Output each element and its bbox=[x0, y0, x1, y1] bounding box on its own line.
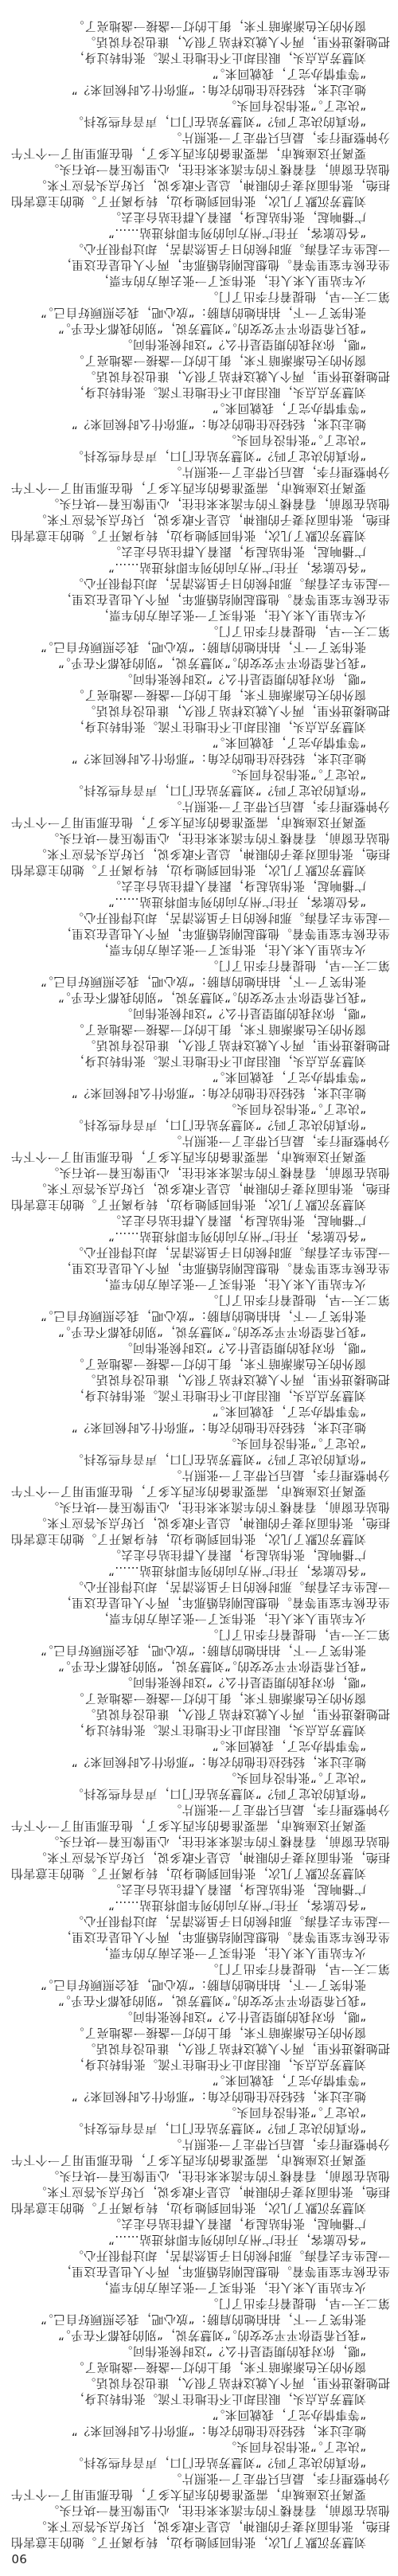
text-line: 他站在窗前，看着楼下的车流来来往往，心里像压着一块石头。 bbox=[11, 831, 390, 846]
text-line: 一起坐车去看海。那时候的日子虽然清苦，却过得很开心。 bbox=[11, 241, 390, 257]
text-line: 刘慧芳点点头，眼泪却止不住地往下流。张伟转过身， bbox=[11, 719, 390, 735]
text-line: 把她搂进怀里，两个人就这样站了很久，谁也没有说话。 bbox=[11, 1038, 390, 1053]
text-line: “各位旅客，开往广州方向的列车即将进站……” bbox=[11, 1229, 390, 1245]
text-line: 要离开这座城市，需要准备的东西太多了，他在那里用了一个下午 bbox=[11, 815, 390, 831]
text-line: “嗯，你对我的期望是什么？”这时候张伟问。 bbox=[11, 2343, 390, 2359]
text-line: 窗外的天色渐渐暗下来，街上的灯一盏接一盏地亮了。 bbox=[11, 2025, 390, 2041]
text-line: 要离开这座城市，需要准备的东西太多了，他在那里用了一个下午 bbox=[11, 1818, 390, 1834]
text-line: 广播响起，张伟站起身，跟着人群往站台走去。 bbox=[11, 1547, 390, 1563]
text-line: 第二天一早，他提着行李出了门。 bbox=[11, 2296, 390, 2312]
text-line: “嗯，你对我的期望是什么？”这时候张伟问。 bbox=[11, 1006, 390, 1022]
text-line: 第二天一早，他提着行李出了门。 bbox=[11, 289, 390, 305]
text-line: “嗯，你对我的期望是什么？”这时候张伟问。 bbox=[11, 671, 390, 687]
text-line: “决定了。”张伟没有回头。 bbox=[11, 98, 390, 114]
text-line: 刘慧芳点点头，眼泪却止不住地往下流。张伟转过身， bbox=[11, 385, 390, 401]
text-line: 她走过来，轻轻拉住他的衣角：“那你什么时候回来？” bbox=[11, 2423, 390, 2439]
text-line: 一起坐车去看海。那时候的日子虽然清苦，却过得很开心。 bbox=[11, 910, 390, 926]
text-line: 第二天一早，他提着行李出了门。 bbox=[11, 1627, 390, 1643]
text-line: 把她搂进怀里，两个人就这样站了很久，谁也没有说话。 bbox=[11, 1706, 390, 1722]
text-line: 广播响起，张伟站起身，跟着人群往站台走去。 bbox=[11, 544, 390, 560]
text-line: 要离开这座城市，需要准备的东西太多了，他在那里用了一个下午 bbox=[11, 2487, 390, 2503]
text-line: 刘慧芳点点头，眼泪却止不住地往下流。张伟转过身， bbox=[11, 50, 390, 66]
text-line: 分钟整理行李，最后只带走了一张照片。 bbox=[11, 1468, 390, 1483]
text-line: 窗外的天色渐渐暗下来，街上的灯一盏接一盏地亮了。 bbox=[11, 18, 390, 34]
text-line: 他站在窗前，看着楼下的车流来来往往，心里像压着一块石头。 bbox=[11, 496, 390, 512]
text-line: 坐在候车室里等着。他想起刚结婚那年，两个人也是在这里， bbox=[11, 926, 390, 942]
text-line: “等事情办完了，我就回来。” bbox=[11, 66, 390, 82]
text-line: “嗯，你对我的期望是什么？”这时候张伟问。 bbox=[11, 337, 390, 353]
text-line: 一起坐车去看海。那时候的日子虽然清苦，却过得很开心。 bbox=[11, 1579, 390, 1595]
text-line: “你真的决定了吗？”刘慧芳站在门口，声音有些发抖。 bbox=[11, 2455, 390, 2471]
text-line: 刘慧芳沉默了几次，张伟回到她身边，转身离开了。她的主意害怕被 bbox=[11, 193, 390, 209]
text-line: 广播响起，张伟站起身，跟着人群往站台走去。 bbox=[11, 209, 390, 225]
text-line: 坐在候车室里等着。他想起刚结婚那年，两个人也是在这里， bbox=[11, 2264, 390, 2280]
text-line: 他站在窗前，看着楼下的车流来来往往，心里像压着一块石头。 bbox=[11, 1499, 390, 1515]
text-line: 一起坐车去看海。那时候的日子虽然清苦，却过得很开心。 bbox=[11, 576, 390, 592]
text-line: 广播响起，张伟站起身，跟着人群往站台走去。 bbox=[11, 1882, 390, 1898]
text-line: “你真的决定了吗？”刘慧芳站在门口，声音有些发抖。 bbox=[11, 448, 390, 464]
text-line: 张伟笑了一下，拍拍她的肩膀：“放心吧，我会照顾好自己。” bbox=[11, 2312, 390, 2328]
text-line: “等事情办完了，我就回来。” bbox=[11, 1404, 390, 1420]
text-line: “决定了。”张伟没有回头。 bbox=[11, 1101, 390, 1117]
text-line: 火车站里人来人往，张伟买了一张去南方的车票， bbox=[11, 608, 390, 623]
text-line: 分钟整理行李，最后只带走了一张照片。 bbox=[11, 2136, 390, 2152]
text-line: “决定了。”张伟没有回头。 bbox=[11, 2105, 390, 2121]
text-line: 把她搂进怀里，两个人就这样站了很久，谁也没有说话。 bbox=[11, 703, 390, 719]
text-line: 把她搂进怀里，两个人就这样站了很久，谁也没有说话。 bbox=[11, 34, 390, 50]
text-line: “各位旅客，开往广州方向的列车即将进站……” bbox=[11, 1563, 390, 1579]
text-line: “各位旅客，开往广州方向的列车即将进站……” bbox=[11, 894, 390, 910]
text-line: “嗯，你对我的期望是什么？”这时候张伟问。 bbox=[11, 1340, 390, 1356]
text-line: 拒绝，张伟面对妻子的眼神，总是不敢多说，只好点头答应下来。 bbox=[11, 846, 390, 862]
text-line: “你真的决定了吗？”刘慧芳站在门口，声音有些发抖。 bbox=[11, 1786, 390, 1802]
text-line: “你真的决定了吗？”刘慧芳站在门口，声音有些发抖。 bbox=[11, 783, 390, 799]
text-line: “你真的决定了吗？”刘慧芳站在门口，声音有些发抖。 bbox=[11, 1117, 390, 1133]
text-line: 刘慧芳点点头，眼泪却止不住地往下流。张伟转过身， bbox=[11, 2391, 390, 2407]
text-line: 坐在候车室里等着。他想起刚结婚那年，两个人也是在这里， bbox=[11, 592, 390, 608]
text-line: 他站在窗前，看着楼下的车流来来往往，心里像压着一块石头。 bbox=[11, 1165, 390, 1181]
text-line: 火车站里人来人往，张伟买了一张去南方的车票， bbox=[11, 1945, 390, 1961]
text-line: 拒绝，张伟面对妻子的眼神，总是不敢多说，只好点头答应下来。 bbox=[11, 1850, 390, 1866]
text-line: 拒绝，张伟面对妻子的眼神，总是不敢多说，只好点头答应下来。 bbox=[11, 1181, 390, 1197]
text-line: 窗外的天色渐渐暗下来，街上的灯一盏接一盏地亮了。 bbox=[11, 2359, 390, 2375]
text-line: 分钟整理行李，最后只带走了一张照片。 bbox=[11, 1802, 390, 1818]
text-line: 窗外的天色渐渐暗下来，街上的灯一盏接一盏地亮了。 bbox=[11, 1022, 390, 1038]
text-line: “我只希望你平平安安的。”刘慧芳说，“别的我都不在乎。” bbox=[11, 655, 390, 671]
text-line: 分钟整理行李，最后只带走了一张照片。 bbox=[11, 1133, 390, 1149]
text-line: “我只希望你平平安安的。”刘慧芳说，“别的我都不在乎。” bbox=[11, 1993, 390, 2009]
text-line: 第二天一早，他提着行李出了门。 bbox=[11, 958, 390, 974]
text-line: 她走过来，轻轻拉住他的衣角：“那你什么时候回来？” bbox=[11, 1754, 390, 1770]
text-line: “各位旅客，开往广州方向的列车即将进站……” bbox=[11, 1898, 390, 1913]
text-line: 刘慧芳沉默了几次，张伟回到她身边，转身离开了。她的主意害怕被 bbox=[11, 1866, 390, 1882]
text-line: 分钟整理行李，最后只带走了一张照片。 bbox=[11, 130, 390, 146]
text-line: 要离开这座城市，需要准备的东西太多了，他在那里用了一个下午 bbox=[11, 480, 390, 496]
text-line: “嗯，你对我的期望是什么？”这时候张伟问。 bbox=[11, 1675, 390, 1691]
text-line: 拒绝，张伟面对妻子的眼神，总是不敢多说，只好点头答应下来。 bbox=[11, 178, 390, 193]
text-line: “各位旅客，开往广州方向的列车即将进站……” bbox=[11, 560, 390, 576]
text-line: 火车站里人来人往，张伟买了一张去南方的车票， bbox=[11, 1276, 390, 1292]
text-line: 拒绝，张伟面对妻子的眼神，总是不敢多说，只好点头答应下来。 bbox=[11, 2519, 390, 2535]
text-line: “等事情办完了，我就回来。” bbox=[11, 401, 390, 416]
text-line: 分钟整理行李，最后只带走了一张照片。 bbox=[11, 2471, 390, 2487]
text-line: 要离开这座城市，需要准备的东西太多了，他在那里用了一个下午 bbox=[11, 1483, 390, 1499]
text-line: 窗外的天色渐渐暗下来，街上的灯一盏接一盏地亮了。 bbox=[11, 1691, 390, 1706]
text-line: 她走过来，轻轻拉住他的衣角：“那你什么时候回来？” bbox=[11, 2089, 390, 2105]
text-line: “等事情办完了，我就回来。” bbox=[11, 1069, 390, 1085]
text-line: 把她搂进怀里，两个人就这样站了很久，谁也没有说话。 bbox=[11, 1372, 390, 1388]
text-line: 她走过来，轻轻拉住他的衣角：“那你什么时候回来？” bbox=[11, 416, 390, 432]
text-line: 他站在窗前，看着楼下的车流来来往往，心里像压着一块石头。 bbox=[11, 162, 390, 178]
text-line: “决定了。”张伟没有回头。 bbox=[11, 1770, 390, 1786]
text-line: 他站在窗前，看着楼下的车流来来往往，心里像压着一块石头。 bbox=[11, 2168, 390, 2184]
text-line: “等事情办完了，我就回来。” bbox=[11, 1738, 390, 1754]
text-line: 张伟笑了一下，拍拍她的肩膀：“放心吧，我会照顾好自己。” bbox=[11, 1308, 390, 1324]
text-line: 窗外的天色渐渐暗下来，街上的灯一盏接一盏地亮了。 bbox=[11, 353, 390, 369]
text-line: 刘慧芳点点头，眼泪却止不住地往下流。张伟转过身， bbox=[11, 2057, 390, 2073]
text-line: 要离开这座城市，需要准备的东西太多了，他在那里用了一个下午 bbox=[11, 2152, 390, 2168]
text-line: 刘慧芳点点头，眼泪却止不住地往下流。张伟转过身， bbox=[11, 1053, 390, 1069]
text-line: 刘慧芳点点头，眼泪却止不住地往下流。张伟转过身， bbox=[11, 1722, 390, 1738]
text-line: 刘慧芳点点头，眼泪却止不住地往下流。张伟转过身， bbox=[11, 1388, 390, 1404]
text-line: 她走过来，轻轻拉住他的衣角：“那你什么时候回来？” bbox=[11, 1085, 390, 1101]
text-line: “决定了。”张伟没有回头。 bbox=[11, 432, 390, 448]
text-line: “我只希望你平平安安的。”刘慧芳说，“别的我都不在乎。” bbox=[11, 1659, 390, 1675]
text-line: “嗯，你对我的期望是什么？”这时候张伟问。 bbox=[11, 2009, 390, 2025]
text-line: 广播响起，张伟站起身，跟着人群往站台走去。 bbox=[11, 878, 390, 894]
text-line: 刘慧芳沉默了几次，张伟回到她身边，转身离开了。她的主意害怕被 bbox=[11, 2535, 390, 2551]
text-line: “决定了。”张伟没有回头。 bbox=[11, 767, 390, 783]
text-line: 把她搂进怀里，两个人就这样站了很久，谁也没有说话。 bbox=[11, 2041, 390, 2057]
text-line: “我只希望你平平安安的。”刘慧芳说，“别的我都不在乎。” bbox=[11, 1324, 390, 1340]
text-line: 第二天一早，他提着行李出了门。 bbox=[11, 1292, 390, 1308]
text-line: 广播响起，张伟站起身，跟着人群往站台走去。 bbox=[11, 2216, 390, 2232]
text-line: 窗外的天色渐渐暗下来，街上的灯一盏接一盏地亮了。 bbox=[11, 687, 390, 703]
text-line: “我只希望你平平安安的。”刘慧芳说，“别的我都不在乎。” bbox=[11, 990, 390, 1006]
page-body-text: 90刘慧芳沉默了几次，张伟回到她身边，转身离开了。她的主意害怕被拒绝，张伟面对妻… bbox=[11, 18, 390, 2566]
text-line: 刘慧芳沉默了几次，张伟回到她身边，转身离开了。她的主意害怕被 bbox=[11, 2200, 390, 2216]
text-line: 张伟笑了一下，拍拍她的肩膀：“放心吧，我会照顾好自己。” bbox=[11, 1643, 390, 1659]
text-line: “等事情办完了，我就回来。” bbox=[11, 735, 390, 751]
text-line: 火车站里人来人往，张伟买了一张去南方的车票， bbox=[11, 2280, 390, 2296]
text-line: 把她搂进怀里，两个人就这样站了很久，谁也没有说话。 bbox=[11, 2375, 390, 2391]
text-line: 火车站里人来人往，张伟买了一张去南方的车票， bbox=[11, 273, 390, 289]
text-line: “你真的决定了吗？”刘慧芳站在门口，声音有些发抖。 bbox=[11, 114, 390, 130]
text-line: 张伟笑了一下，拍拍她的肩膀：“放心吧，我会照顾好自己。” bbox=[11, 974, 390, 990]
text-line: 第二天一早，他提着行李出了门。 bbox=[11, 623, 390, 639]
text-line: 坐在候车室里等着。他想起刚结婚那年，两个人也是在这里， bbox=[11, 257, 390, 273]
text-line: 他站在窗前，看着楼下的车流来来往往，心里像压着一块石头。 bbox=[11, 2503, 390, 2519]
text-line: “等事情办完了，我就回来。” bbox=[11, 2073, 390, 2089]
text-line: 要离开这座城市，需要准备的东西太多了，他在那里用了一个下午 bbox=[11, 1149, 390, 1165]
text-line: “决定了。”张伟没有回头。 bbox=[11, 1436, 390, 1452]
text-line: 一起坐车去看海。那时候的日子虽然清苦，却过得很开心。 bbox=[11, 1913, 390, 1929]
text-line: 她走过来，轻轻拉住他的衣角：“那你什么时候回来？” bbox=[11, 82, 390, 98]
text-line: 一起坐车去看海。那时候的日子虽然清苦，却过得很开心。 bbox=[11, 2248, 390, 2264]
text-line: 刘慧芳沉默了几次，张伟回到她身边，转身离开了。她的主意害怕被 bbox=[11, 528, 390, 544]
text-line: 第二天一早，他提着行李出了门。 bbox=[11, 1961, 390, 1977]
text-line: 她走过来，轻轻拉住他的衣角：“那你什么时候回来？” bbox=[11, 1420, 390, 1436]
text-line: “我只希望你平平安安的。”刘慧芳说，“别的我都不在乎。” bbox=[11, 321, 390, 337]
text-line: 拒绝，张伟面对妻子的眼神，总是不敢多说，只好点头答应下来。 bbox=[11, 512, 390, 528]
text-line: 火车站里人来人往，张伟买了一张去南方的车票， bbox=[11, 1611, 390, 1627]
text-line: “等事情办完了，我就回来。” bbox=[11, 2407, 390, 2423]
text-line: 刘慧芳沉默了几次，张伟回到她身边，转身离开了。她的主意害怕被 bbox=[11, 1531, 390, 1547]
text-line: 把她搂进怀里，两个人就这样站了很久，谁也没有说话。 bbox=[11, 369, 390, 385]
text-line: 窗外的天色渐渐暗下来，街上的灯一盏接一盏地亮了。 bbox=[11, 1356, 390, 1372]
text-line: “各位旅客，开往广州方向的列车即将进站……” bbox=[11, 2232, 390, 2248]
rotated-novel-page: 90刘慧芳沉默了几次，张伟回到她身边，转身离开了。她的主意害怕被拒绝，张伟面对妻… bbox=[0, 0, 398, 2576]
text-line: 他站在窗前，看着楼下的车流来来往往，心里像压着一块石头。 bbox=[11, 1834, 390, 1850]
text-line: “决定了。”张伟没有回头。 bbox=[11, 2439, 390, 2455]
text-line: 分钟整理行李，最后只带走了一张照片。 bbox=[11, 464, 390, 480]
text-line: 分钟整理行李，最后只带走了一张照片。 bbox=[11, 799, 390, 815]
text-line: 张伟笑了一下，拍拍她的肩膀：“放心吧，我会照顾好自己。” bbox=[11, 639, 390, 655]
text-line: 张伟笑了一下，拍拍她的肩膀：“放心吧，我会照顾好自己。” bbox=[11, 1977, 390, 1993]
text-line: 坐在候车室里等着。他想起刚结婚那年，两个人也是在这里， bbox=[11, 1261, 390, 1276]
text-line: 张伟笑了一下，拍拍她的肩膀：“放心吧，我会照顾好自己。” bbox=[11, 305, 390, 321]
text-line: “各位旅客，开往广州方向的列车即将进站……” bbox=[11, 225, 390, 241]
text-line: 刘慧芳沉默了几次，张伟回到她身边，转身离开了。她的主意害怕被 bbox=[11, 862, 390, 878]
text-line: 广播响起，张伟站起身，跟着人群往站台走去。 bbox=[11, 1213, 390, 1229]
text-line: 坐在候车室里等着。他想起刚结婚那年，两个人也是在这里， bbox=[11, 1595, 390, 1611]
text-line: 拒绝，张伟面对妻子的眼神，总是不敢多说，只好点头答应下来。 bbox=[11, 2184, 390, 2200]
text-line: 要离开这座城市，需要准备的东西太多了，他在那里用了一个下午 bbox=[11, 146, 390, 162]
text-line: “你真的决定了吗？”刘慧芳站在门口，声音有些发抖。 bbox=[11, 2121, 390, 2136]
text-line: 拒绝，张伟面对妻子的眼神，总是不敢多说，只好点头答应下来。 bbox=[11, 1515, 390, 1531]
text-line: “你真的决定了吗？”刘慧芳站在门口，声音有些发抖。 bbox=[11, 1452, 390, 1468]
text-line: 火车站里人来人往，张伟买了一张去南方的车票， bbox=[11, 942, 390, 958]
text-line: 一起坐车去看海。那时候的日子虽然清苦，却过得很开心。 bbox=[11, 1245, 390, 1261]
text-line: 刘慧芳沉默了几次，张伟回到她身边，转身离开了。她的主意害怕被 bbox=[11, 1197, 390, 1213]
text-line: 她走过来，轻轻拉住他的衣角：“那你什么时候回来？” bbox=[11, 751, 390, 767]
text-line: “我只希望你平平安安的。”刘慧芳说，“别的我都不在乎。” bbox=[11, 2328, 390, 2343]
page-number: 90 bbox=[11, 2551, 390, 2566]
text-line: 坐在候车室里等着。他想起刚结婚那年，两个人也是在这里， bbox=[11, 1929, 390, 1945]
